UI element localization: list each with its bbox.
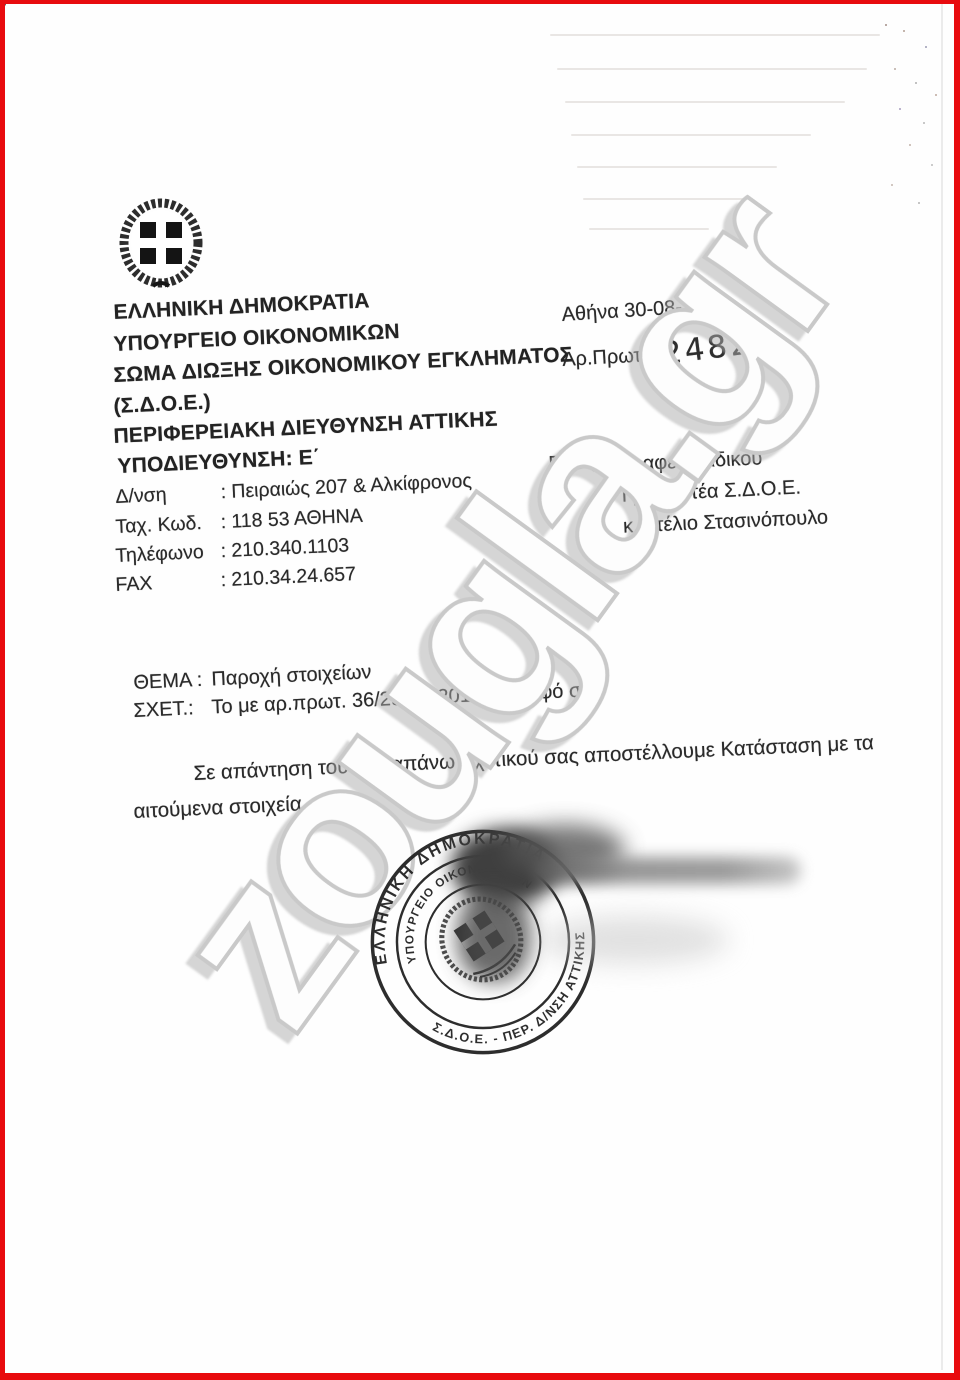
scan-edge-line bbox=[941, 4, 943, 1370]
contact-row-fax: FAX : 210.34.24.657 bbox=[115, 563, 356, 597]
scan-showthrough-line bbox=[565, 101, 845, 103]
contact-separator: : bbox=[215, 569, 232, 593]
scan-noise-speckles bbox=[885, 24, 887, 26]
reference-label: ΣΧΕΤ.: bbox=[133, 696, 212, 723]
contact-label: Ταχ. Κωδ. bbox=[115, 511, 216, 539]
org-line-4: (Σ.Δ.Ο.Ε.) bbox=[113, 391, 211, 419]
contact-separator: : bbox=[215, 481, 232, 505]
scanned-document-page: zougla.gr ΕΛΛΗΝΙΚΗ ΔΗΜΟΚΡΑΤΙΑ ΥΠΟΥΡΓΕΙΟ … bbox=[0, 0, 960, 1380]
greek-coat-of-arms-icon bbox=[115, 196, 207, 294]
contact-separator: : bbox=[215, 540, 232, 564]
contact-row-phone: Τηλέφωνο : 210.340.1103 bbox=[115, 534, 350, 568]
contact-value: 118 53 ΑΘΗΝΑ bbox=[231, 505, 363, 534]
blurred-signature-blob bbox=[457, 890, 531, 982]
contact-row-postal-code: Ταχ. Κωδ. : 118 53 ΑΘΗΝΑ bbox=[115, 505, 363, 539]
org-line-1: ΕΛΛΗΝΙΚΗ ΔΗΜΟΚΡΑΤΙΑ bbox=[113, 289, 370, 325]
blurred-signature-streak bbox=[533, 857, 801, 884]
contact-label: Τηλέφωνο bbox=[115, 540, 216, 568]
contact-value: 210.340.1103 bbox=[231, 534, 350, 562]
scan-showthrough-line bbox=[550, 34, 880, 36]
contact-separator: : bbox=[215, 511, 232, 535]
scan-showthrough-line bbox=[571, 134, 811, 136]
blurred-signature-smudge bbox=[539, 916, 729, 964]
contact-label: Δ/νση bbox=[115, 481, 216, 509]
scan-showthrough-line bbox=[557, 68, 867, 70]
contact-value: 210.34.24.657 bbox=[231, 563, 357, 592]
subject-label: ΘΕΜΑ : bbox=[133, 668, 212, 695]
org-line-2: ΥΠΟΥΡΓΕΙΟ ΟΙΚΟΝΟΜΙΚΩΝ bbox=[113, 320, 400, 357]
contact-label: FAX bbox=[115, 569, 216, 597]
org-line-6: ΥΠΟΔΙΕΥΘΥΝΣΗ: Ε΄ bbox=[117, 446, 321, 479]
corner-pen-mark bbox=[0, 0, 8, 37]
